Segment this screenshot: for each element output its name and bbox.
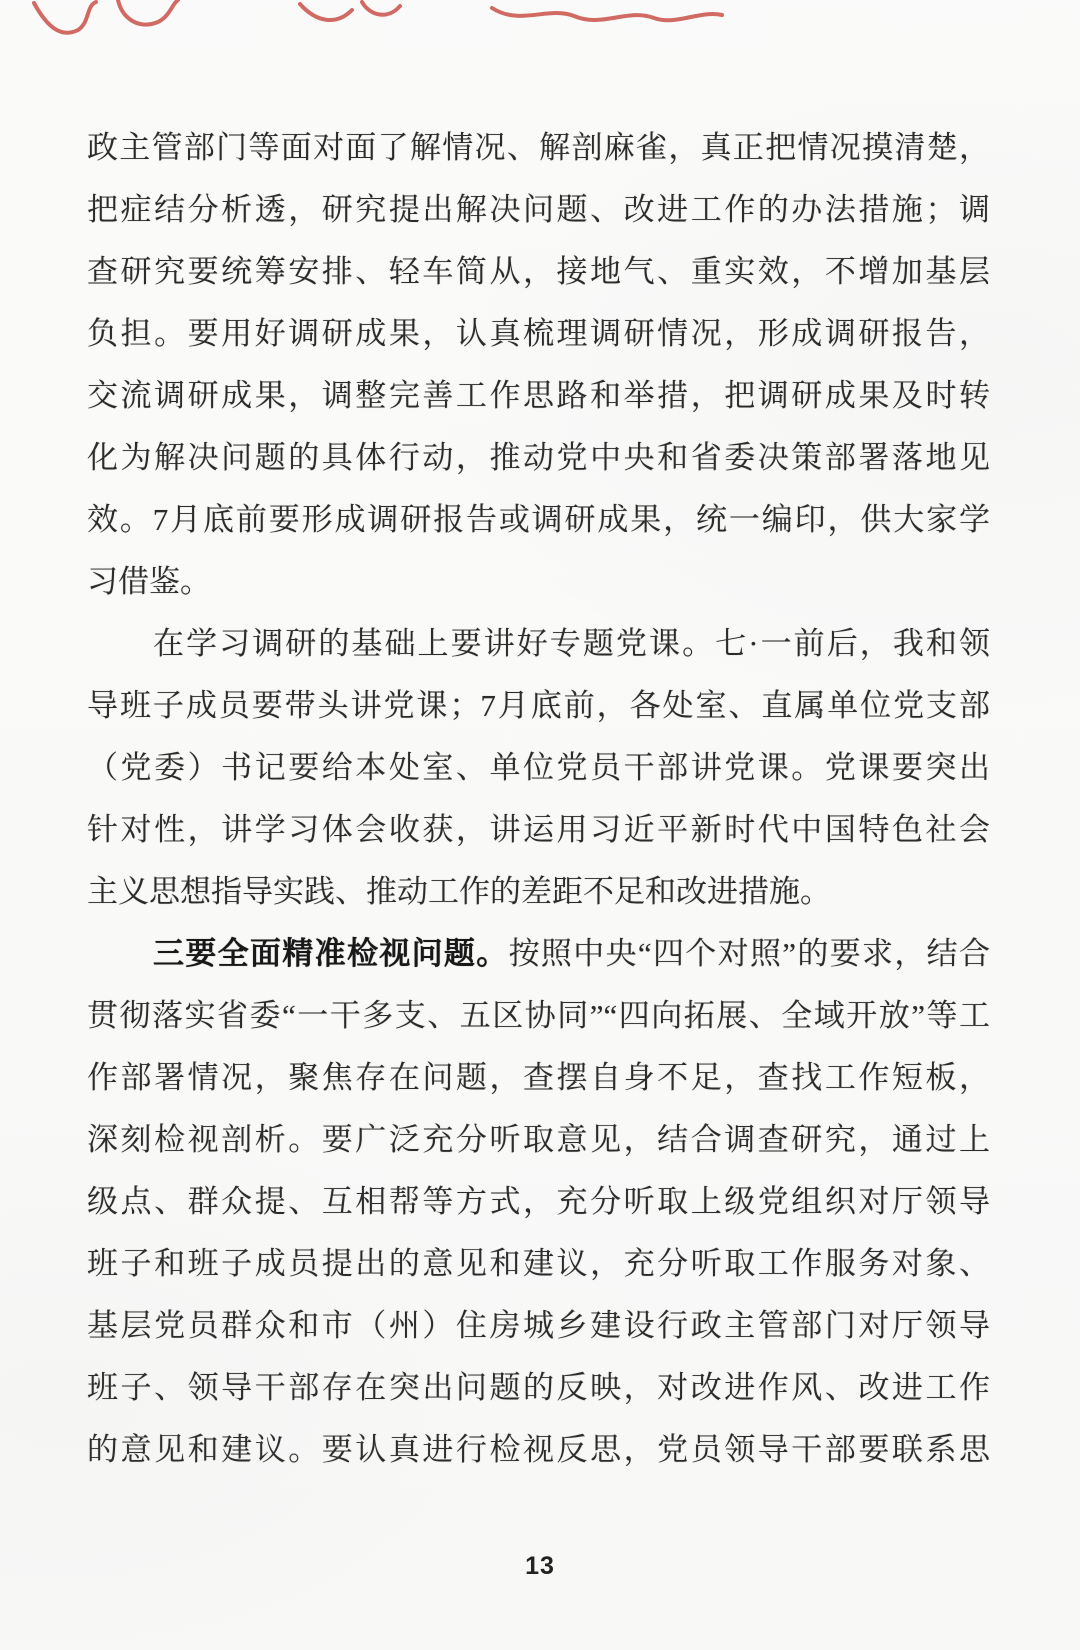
text-line: 三要全面精准检视问题。按照中央“四个对照”的要求，结合 bbox=[87, 923, 990, 985]
text-line: 在学习调研的基础上要讲好专题党课。七·一前后，我和领 bbox=[87, 613, 990, 675]
text-line: 深刻检视剖析。要广泛充分听取意见，结合调查研究，通过上 bbox=[87, 1109, 990, 1171]
text-line: 主义思想指导实践、推动工作的差距不足和改进措施。 bbox=[87, 861, 990, 923]
text-line: 化为解决问题的具体行动，推动党中央和省委决策部署落地见 bbox=[87, 427, 990, 489]
text-line: 政主管部门等面对面了解情况、解剖麻雀，真正把情况摸清楚， bbox=[87, 117, 990, 179]
text-line: 贯彻落实省委“一干多支、五区协同”“四向拓展、全域开放”等工 bbox=[87, 985, 990, 1047]
text-line: 交流调研成果，调整完善工作思路和举措，把调研成果及时转 bbox=[87, 365, 990, 427]
text-line: 的意见和建议。要认真进行检视反思，党员领导干部要联系思 bbox=[87, 1419, 990, 1481]
page-number: 13 bbox=[0, 1552, 1080, 1581]
text-line: 导班子成员要带头讲党课；7月底前，各处室、直属单位党支部 bbox=[87, 675, 990, 737]
text-line: 基层党员群众和市（州）住房城乡建设行政主管部门对厅领导 bbox=[87, 1295, 990, 1357]
text-line: 习借鉴。 bbox=[87, 551, 990, 613]
text-line: 把症结分析透，研究提出解决问题、改进工作的办法措施；调 bbox=[87, 179, 990, 241]
text-line: 效。7月底前要形成调研报告或调研成果，统一编印，供大家学 bbox=[87, 489, 990, 551]
text-line: 班子、领导干部存在突出问题的反映，对改进作风、改进工作 bbox=[87, 1357, 990, 1419]
text-line: 作部署情况，聚焦存在问题，查摆自身不足，查找工作短板， bbox=[87, 1047, 990, 1109]
text-line: 针对性，讲学习体会收获，讲运用习近平新时代中国特色社会 bbox=[87, 799, 990, 861]
text-line: 负担。要用好调研成果，认真梳理调研情况，形成调研报告， bbox=[87, 303, 990, 365]
document-page: 政主管部门等面对面了解情况、解剖麻雀，真正把情况摸清楚，把症结分析透，研究提出解… bbox=[0, 0, 1080, 1650]
text-line: （党委）书记要给本处室、单位党员干部讲党课。党课要突出 bbox=[87, 737, 990, 799]
document-text: 政主管部门等面对面了解情况、解剖麻雀，真正把情况摸清楚，把症结分析透，研究提出解… bbox=[87, 117, 990, 1481]
text-line: 班子和班子成员提出的意见和建议，充分听取工作服务对象、 bbox=[87, 1233, 990, 1295]
red-pen-marks bbox=[0, 0, 760, 48]
text-line: 级点、群众提、互相帮等方式，充分听取上级党组织对厅领导 bbox=[87, 1171, 990, 1233]
text-line: 查研究要统筹安排、轻车简从，接地气、重实效，不增加基层 bbox=[87, 241, 990, 303]
